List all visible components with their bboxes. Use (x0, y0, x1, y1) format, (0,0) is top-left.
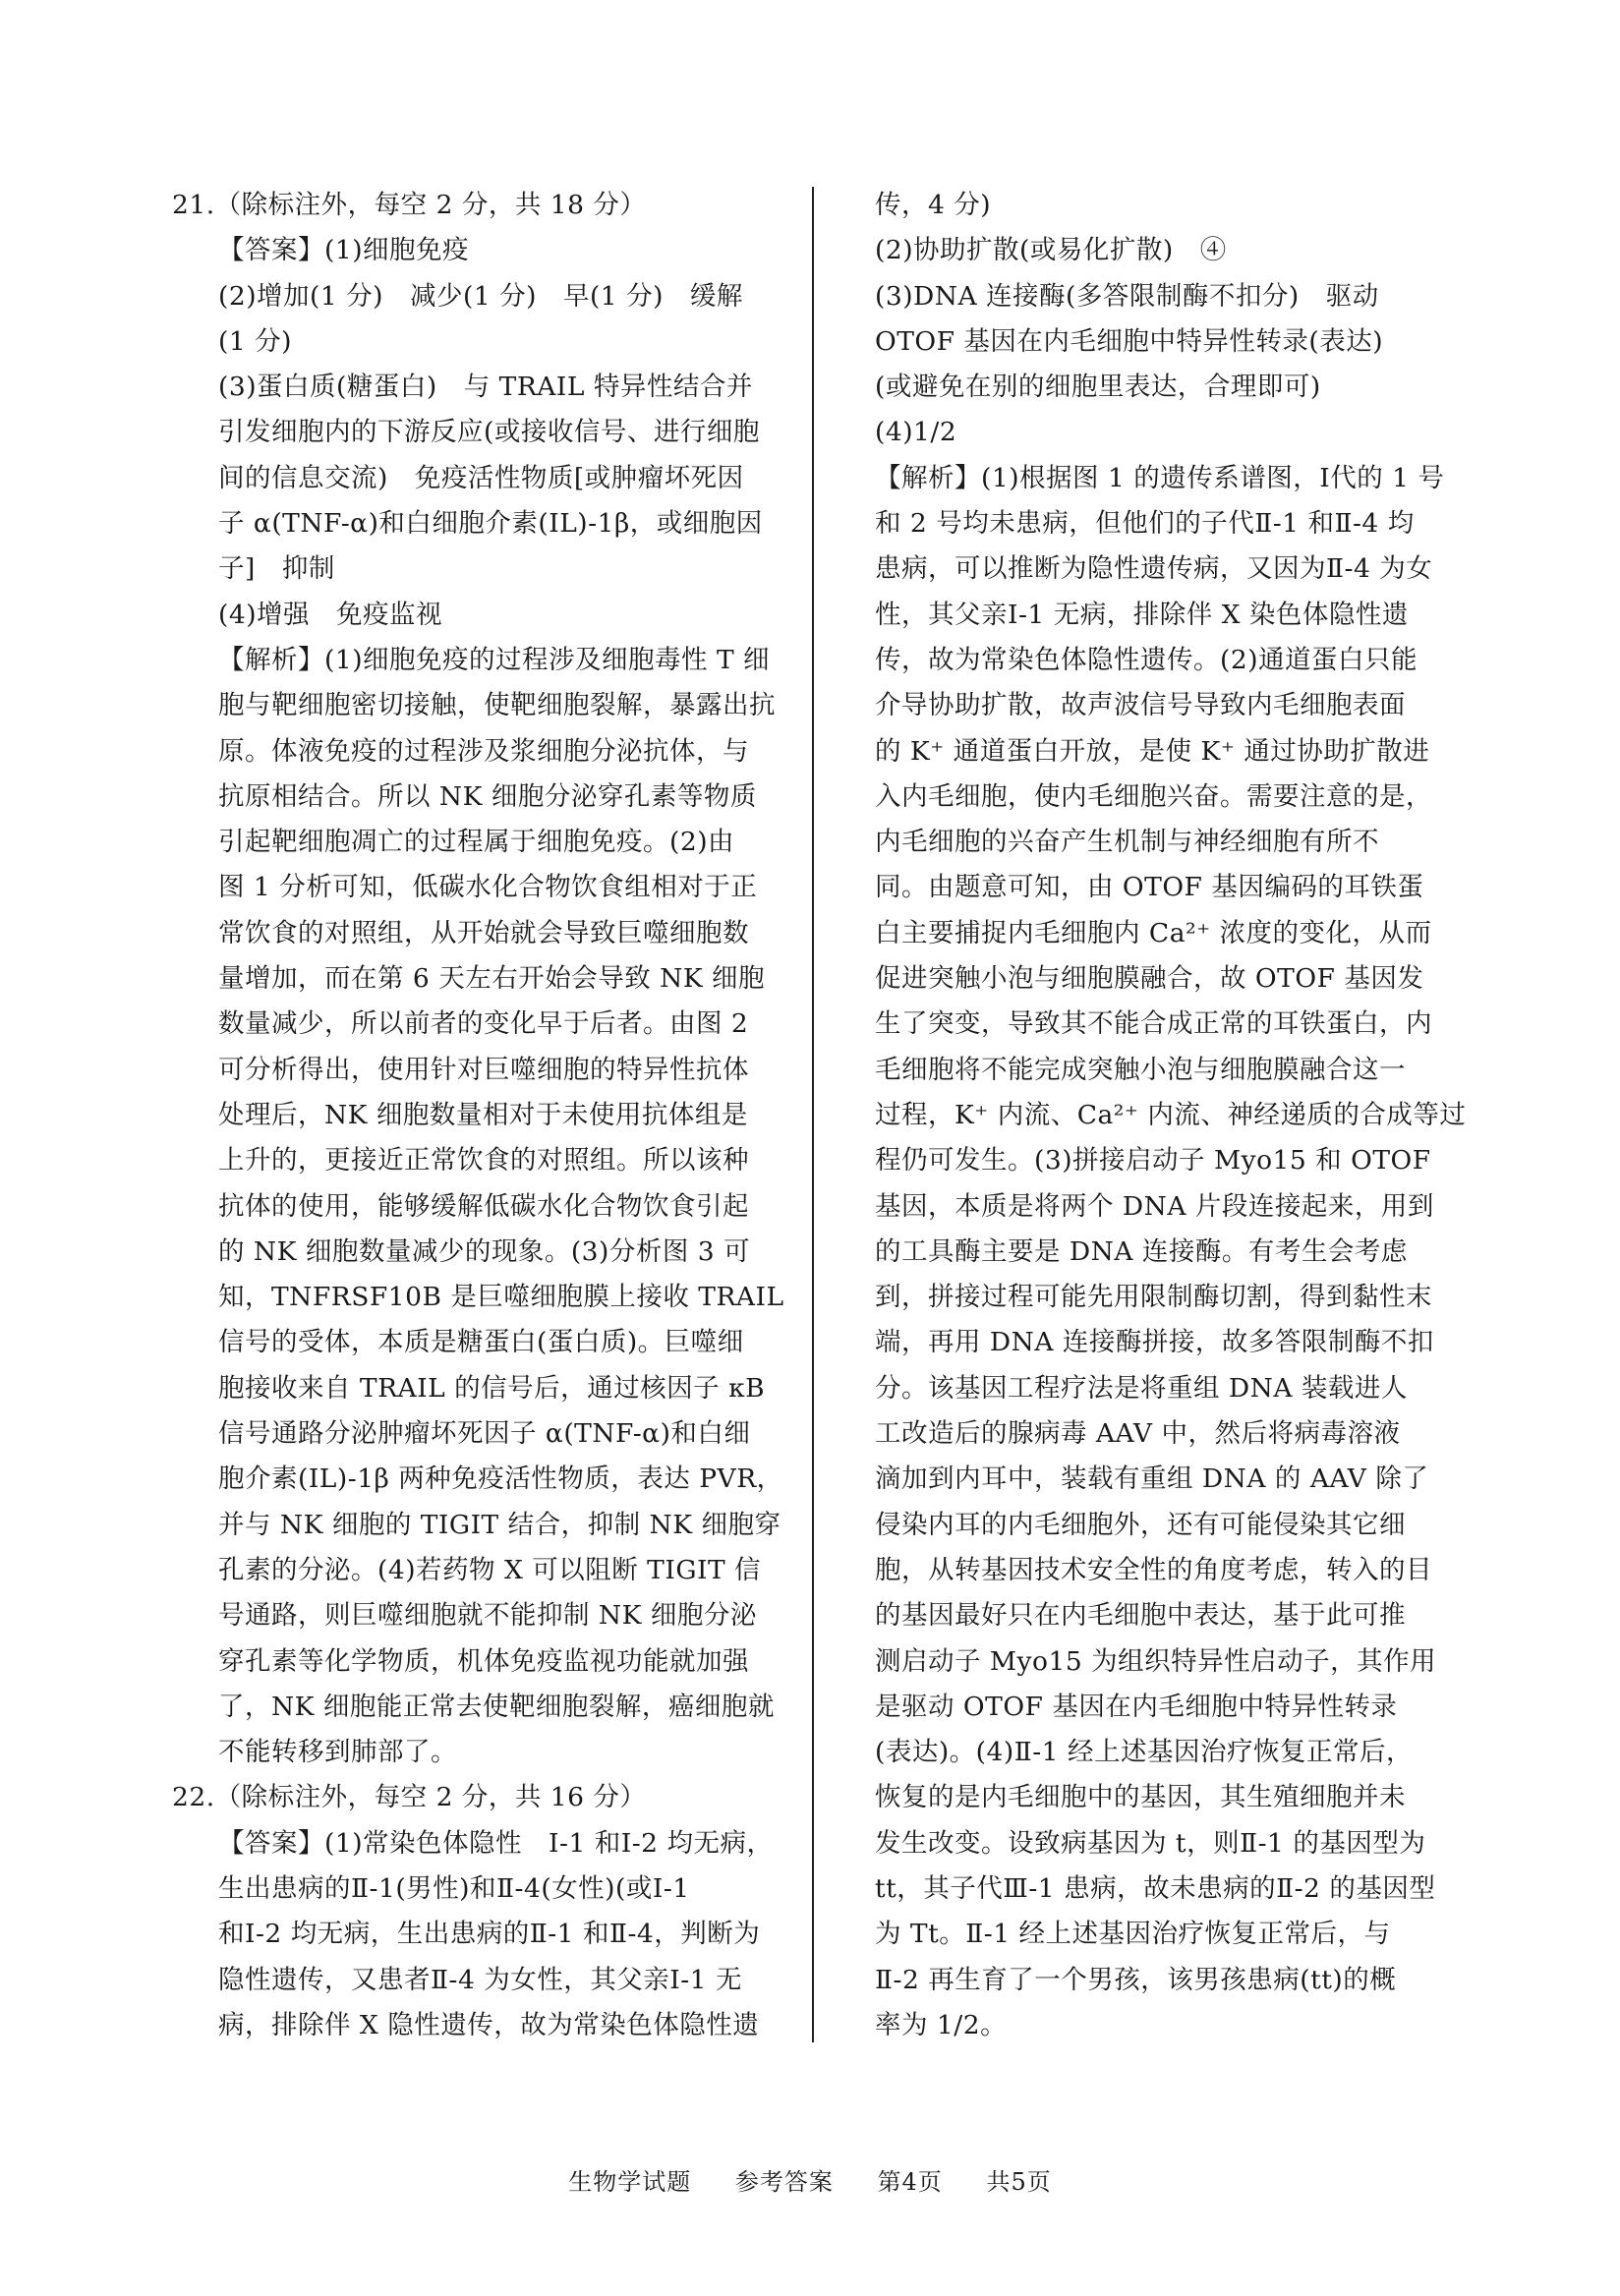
right-column-line: 【解析】(1)根据图 1 的遗传系谱图，Ⅰ代的 1 号 (875, 456, 1465, 501)
left-column-line: 知，TNFRSF10B 是巨噬细胞膜上接收 TRAIL (172, 1275, 801, 1320)
right-column-line: 到，拼接过程可能先用限制酶切割，得到黏性末 (875, 1275, 1465, 1320)
left-column-line: (4)增强 免疫监视 (172, 593, 801, 638)
left-column-line: 原。体液免疫的过程涉及浆细胞分泌抗体，与 (172, 729, 801, 775)
left-column-line: 图 1 分析可知，低碳水化合物饮食组相对于正 (172, 865, 801, 910)
right-column-line: 促进突触小泡与细胞膜融合，故 OTOF 基因发 (875, 956, 1465, 1002)
left-column-line: 上升的，更接近正常饮食的对照组。所以该种 (172, 1138, 801, 1183)
right-column-line: (2)协助扩散(或易化扩散) ④ (875, 228, 1465, 273)
right-column-line: 的 K⁺ 通道蛋白开放，是使 K⁺ 通过协助扩散进 (875, 729, 1465, 775)
left-column-line: 抗原相结合。所以 NK 细胞分泌穿孔素等物质 (172, 775, 801, 820)
right-column-line: 过程，K⁺ 内流、Ca²⁺ 内流、神经递质的合成等过 (875, 1093, 1465, 1138)
left-column-line: 病，排除伴 X 隐性遗传，故为常染色体隐性遗 (172, 2003, 801, 2048)
left-column: 21.（除标注外，每空 2 分，共 18 分）【答案】(1)细胞免疫(2)增加(… (172, 183, 801, 2048)
right-column-line: (3)DNA 连接酶(多答限制酶不扣分) 驱动 (875, 274, 1465, 319)
left-column-line: 隐性遗传，又患者Ⅱ-4 为女性，其父亲Ⅰ-1 无 (172, 1958, 801, 2003)
left-column-line: 胞与靶细胞密切接触，使靶细胞裂解，暴露出抗 (172, 683, 801, 728)
left-column-line: 引发细胞内的下游反应(或接收信号、进行细胞 (172, 410, 801, 455)
left-column-line: 21.（除标注外，每空 2 分，共 18 分） (172, 183, 801, 228)
right-column-line: 为 Tt。Ⅱ-1 经上述基因治疗恢复正常后，与 (875, 1912, 1465, 1957)
page-footer: 生物学试题 参考答案 第4页 共5页 (0, 2162, 1620, 2197)
right-column-line: 发生改变。设致病基因为 t，则Ⅱ-1 的基因型为 (875, 1821, 1465, 1866)
left-column-line: 的 NK 细胞数量减少的现象。(3)分析图 3 可 (172, 1230, 801, 1275)
right-column-line: (4)1/2 (875, 410, 1465, 455)
right-column-line: 测启动子 Myo15 为组织特异性启动子，其作用 (875, 1639, 1465, 1685)
right-column-line: (表达)。(4)Ⅱ-1 经上述基因治疗恢复正常后， (875, 1730, 1465, 1775)
right-column-line: 传，4 分) (875, 183, 1465, 228)
right-column-line: tt，其子代Ⅲ-1 患病，故未患病的Ⅱ-2 的基因型 (875, 1866, 1465, 1912)
right-column-line: 和 2 号均未患病，但他们的子代Ⅱ-1 和Ⅱ-4 均 (875, 501, 1465, 546)
left-column-line: 引起靶细胞凋亡的过程属于细胞免疫。(2)由 (172, 820, 801, 865)
right-column-line: 端，再用 DNA 连接酶拼接，故多答限制酶不扣 (875, 1320, 1465, 1365)
right-column-line: 是驱动 OTOF 基因在内毛细胞中特异性转录 (875, 1685, 1465, 1730)
left-column-line: 【解析】(1)细胞免疫的过程涉及细胞毒性 T 细 (172, 638, 801, 683)
left-column-line: 可分析得出，使用针对巨噬细胞的特异性抗体 (172, 1048, 801, 1093)
left-column-line: 量增加，而在第 6 天左右开始会导致 NK 细胞 (172, 956, 801, 1002)
right-column-line: 白主要捕捉内毛细胞内 Ca²⁺ 浓度的变化，从而 (875, 911, 1465, 956)
right-column-line: 恢复的是内毛细胞中的基因，其生殖细胞并未 (875, 1775, 1465, 1820)
right-column-line: 侵染内耳的内毛细胞外，还有可能侵染其它细 (875, 1503, 1465, 1548)
right-column-line: 传，故为常染色体隐性遗传。(2)通道蛋白只能 (875, 638, 1465, 683)
left-column-line: 不能转移到肺部了。 (172, 1730, 801, 1775)
footer-subject: 生物学试题 (568, 2168, 691, 2196)
right-column-line: 分。该基因工程疗法是将重组 DNA 装载进人 (875, 1366, 1465, 1411)
right-column-line: 性，其父亲Ⅰ-1 无病，排除伴 X 染色体隐性遗 (875, 593, 1465, 638)
left-column-line: (1 分) (172, 319, 801, 365)
left-column-line: 了，NK 细胞能正常去使靶细胞裂解，癌细胞就 (172, 1685, 801, 1730)
left-column-line: 信号的受体，本质是糖蛋白(蛋白质)。巨噬细 (172, 1320, 801, 1365)
right-column-line: 工改造后的腺病毒 AAV 中，然后将病毒溶液 (875, 1411, 1465, 1457)
right-column-line: 的基因最好只在内毛细胞中表达，基于此可推 (875, 1593, 1465, 1638)
left-column-line: 胞接收来自 TRAIL 的信号后，通过核因子 κB (172, 1366, 801, 1411)
left-column-line: 信号通路分泌肿瘤坏死因子 α(TNF-α)和白细 (172, 1411, 801, 1457)
right-column-line: 率为 1/2。 (875, 2003, 1465, 2048)
right-column-line: 滴加到内耳中，装载有重组 DNA 的 AAV 除了 (875, 1457, 1465, 1502)
left-column-line: 和Ⅰ-2 均无病，生出患病的Ⅱ-1 和Ⅱ-4，判断为 (172, 1912, 801, 1957)
right-column-line: 程仍可发生。(3)拼接启动子 Myo15 和 OTOF (875, 1138, 1465, 1183)
right-column-line: 胞，从转基因技术安全性的角度考虑，转入的目 (875, 1548, 1465, 1593)
left-column-line: (3)蛋白质(糖蛋白) 与 TRAIL 特异性结合并 (172, 365, 801, 410)
left-column-line: 常饮食的对照组，从开始就会导致巨噬细胞数 (172, 911, 801, 956)
right-column-line: 患病，可以推断为隐性遗传病，又因为Ⅱ-4 为女 (875, 546, 1465, 592)
left-column-line: 并与 NK 细胞的 TIGIT 结合，抑制 NK 细胞穿 (172, 1503, 801, 1548)
left-column-line: 子 α(TNF-α)和白细胞介素(IL)-1β，或细胞因 (172, 501, 801, 546)
left-column-line: 生出患病的Ⅱ-1(男性)和Ⅱ-4(女性)(或Ⅰ-1 (172, 1866, 801, 1912)
right-column-line: OTOF 基因在内毛细胞中特异性转录(表达) (875, 319, 1465, 365)
left-column-line: (2)增加(1 分) 减少(1 分) 早(1 分) 缓解 (172, 274, 801, 319)
left-column-line: 间的信息交流) 免疫活性物质[或肿瘤坏死因 (172, 456, 801, 501)
right-column-line: 毛细胞将不能完成突触小泡与细胞膜融合这一 (875, 1048, 1465, 1093)
right-column: 传，4 分)(2)协助扩散(或易化扩散) ④(3)DNA 连接酶(多答限制酶不扣… (875, 183, 1465, 2048)
footer-total-pages: 共5页 (986, 2168, 1051, 2196)
footer-page-number: 第4页 (878, 2168, 943, 2196)
left-column-line: 胞介素(IL)-1β 两种免疫活性物质，表达 PVR， (172, 1457, 801, 1502)
right-column-line: 内毛细胞的兴奋产生机制与神经细胞有所不 (875, 820, 1465, 865)
left-column-line: 处理后，NK 细胞数量相对于未使用抗体组是 (172, 1093, 801, 1138)
right-column-line: 基因，本质是将两个 DNA 片段连接起来，用到 (875, 1184, 1465, 1230)
right-column-line: (或避免在别的细胞里表达，合理即可) (875, 365, 1465, 410)
right-column-line: 入内毛细胞，使内毛细胞兴奋。需要注意的是， (875, 775, 1465, 820)
right-column-line: Ⅱ-2 再生育了一个男孩，该男孩患病(tt)的概 (875, 1958, 1465, 2003)
left-column-line: 抗体的使用，能够缓解低碳水化合物饮食引起 (172, 1184, 801, 1230)
left-column-line: 穿孔素等化学物质，机体免疫监视功能就加强 (172, 1639, 801, 1685)
left-column-line: 数量减少，所以前者的变化早于后者。由图 2 (172, 1002, 801, 1047)
left-column-line: 号通路，则巨噬细胞就不能抑制 NK 细胞分泌 (172, 1593, 801, 1638)
left-column-line: 孔素的分泌。(4)若药物 X 可以阻断 TIGIT 信 (172, 1548, 801, 1593)
right-column-line: 生了突变，导致其不能合成正常的耳铁蛋白，内 (875, 1002, 1465, 1047)
right-column-line: 的工具酶主要是 DNA 连接酶。有考生会考虑 (875, 1230, 1465, 1275)
right-column-line: 同。由题意可知，由 OTOF 基因编码的耳铁蛋 (875, 865, 1465, 910)
left-column-line: 子] 抑制 (172, 546, 801, 592)
left-column-line: 【答案】(1)细胞免疫 (172, 228, 801, 273)
left-column-line: 22.（除标注外，每空 2 分，共 16 分） (172, 1775, 801, 1820)
left-column-line: 【答案】(1)常染色体隐性 Ⅰ-1 和Ⅰ-2 均无病， (172, 1821, 801, 1866)
right-column-line: 介导协助扩散，故声波信号导致内毛细胞表面 (875, 683, 1465, 728)
column-divider (812, 187, 814, 2042)
footer-type: 参考答案 (735, 2168, 834, 2196)
